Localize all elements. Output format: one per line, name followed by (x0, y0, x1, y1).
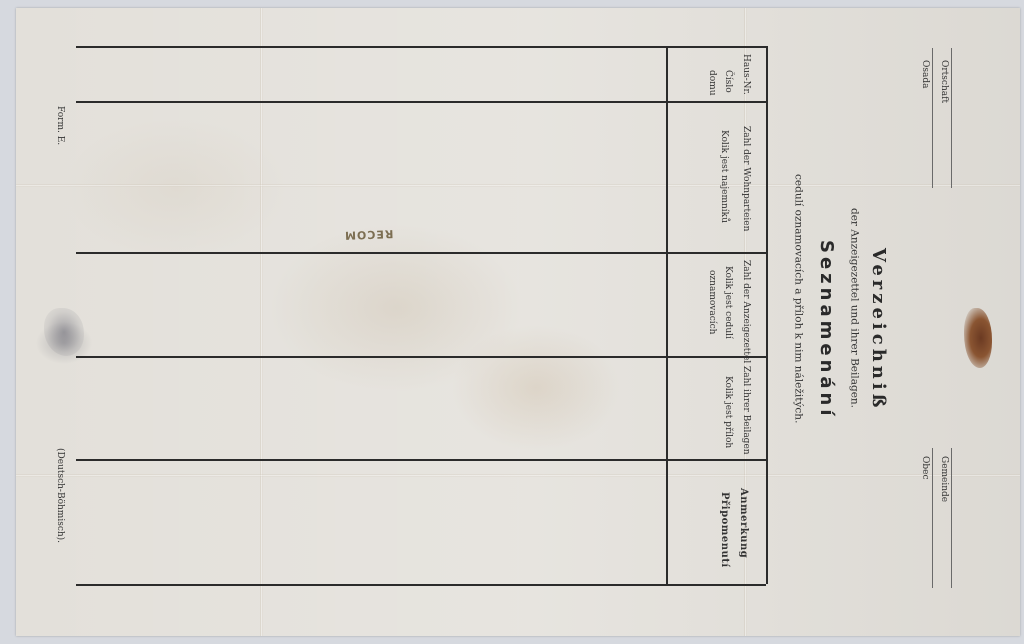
col3-header-de: Zahl der Anzeigezettel (740, 260, 750, 363)
field-line-obec (951, 448, 952, 588)
col2-header-de: Zahl der Wohnparteien (740, 126, 750, 231)
form-label: Form. E. (54, 106, 64, 145)
field-line-ortschaft (932, 48, 933, 188)
col4-header-de: Zahl ihrer Beilagen (740, 366, 750, 455)
label-gemeinde: Gemeinde (938, 456, 948, 502)
language-note: (Deutsch-Böhmisch). (54, 448, 64, 543)
col5-header-de: Anmerkung (738, 488, 749, 558)
title-czech: Seznamenání (816, 240, 836, 420)
subtitle-german: der Anzeigezettel und ihrer Beilagen. (848, 208, 860, 408)
col5-header-cz1: Připomenutí (719, 492, 730, 568)
col4-header-cz1: Kolik jest příloh (722, 376, 732, 448)
col3-header-cz2: oznamovacích (706, 270, 716, 334)
field-line-osada (951, 48, 952, 188)
rust-stain (964, 308, 992, 368)
label-obec: Obec (919, 456, 929, 480)
subtitle-czech: cedulí oznamovacích a příloh k nim nálež… (792, 174, 804, 423)
col2-header-cz1: Kolik jest najemníků (718, 130, 728, 223)
label-ortschaft: Ortschaft (938, 60, 948, 103)
header-column-divider (666, 46, 668, 584)
table-rule (76, 252, 766, 254)
paper-fold (16, 184, 1020, 187)
water-stain (44, 308, 84, 356)
field-line-gemeinde (932, 448, 933, 588)
table-rule-top (76, 46, 766, 48)
paper-fold (16, 474, 1020, 477)
table-rule (76, 101, 766, 103)
table-rule (76, 356, 766, 358)
label-osada: Osada (919, 60, 929, 89)
ink-stamp: RECOM (344, 227, 394, 242)
table-rule (76, 459, 766, 461)
table-outer-border (766, 46, 768, 584)
title-german: Verzeichniß (868, 248, 888, 411)
col1-header-cz2: domu (706, 70, 716, 96)
document-sheet: Ortschaft Osada Gemeinde Obec Verzeichni… (16, 8, 1020, 636)
col1-header-cz1: Číslo (722, 70, 732, 93)
col3-header-cz1: Kolik jest cedulí (722, 266, 732, 339)
table-rule-bottom (76, 584, 766, 586)
col1-header-de: Haus-Nr. (740, 54, 750, 95)
